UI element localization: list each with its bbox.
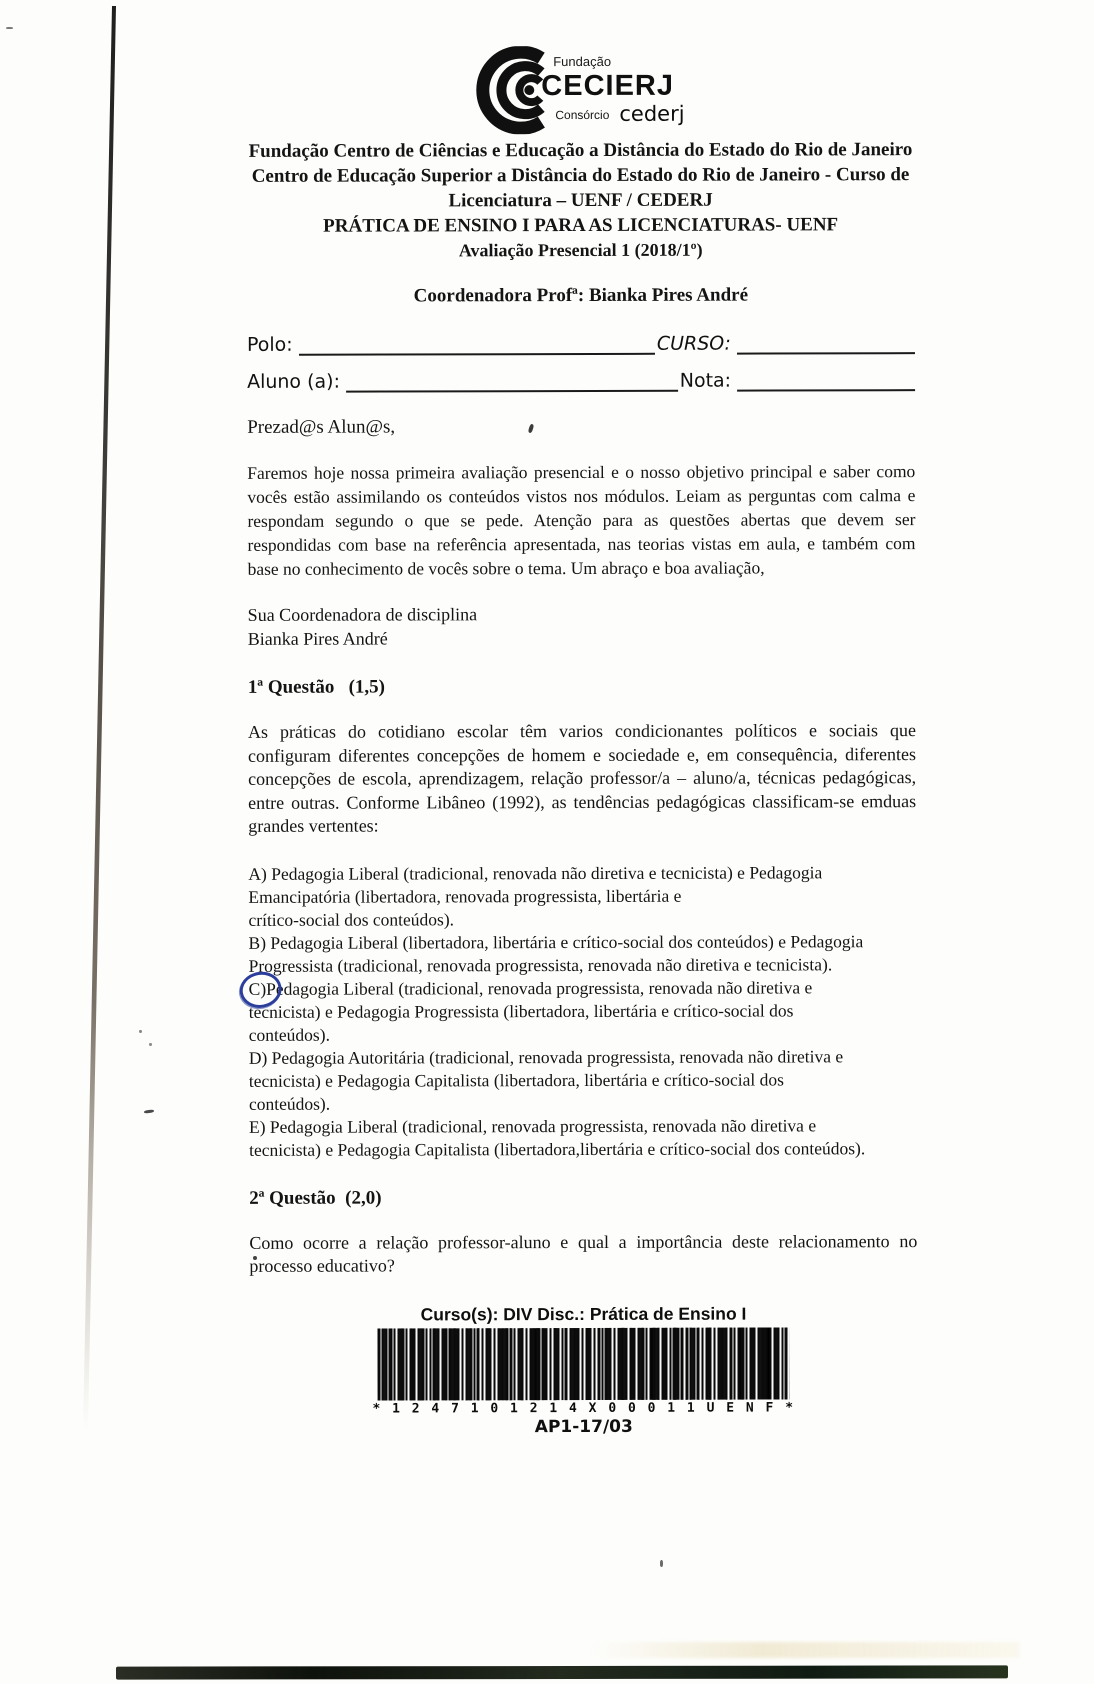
coordinator-line: Coordenadora Profª: Bianka Pires André [247,284,915,308]
page-edge-line-artifact [0,0,200,1684]
signature-name: Bianka Pires André [248,625,916,651]
header-line-2: Centro de Educação Superior a Distância … [246,162,914,189]
aluno-label: Aluno (a): [247,371,346,393]
form-row-polo-curso: Polo: CURSO: [247,330,915,356]
course-line: Curso(s): DIV Disc.: Prática de Ensino I [249,1303,917,1326]
question1-body: As práticas do cotidiano escolar têm var… [248,719,916,838]
option-d: D) Pedagogia Autoritária (tradicional, r… [249,1045,917,1116]
option-d-text: Pedagogia Autoritária (tradicional, reno… [249,1046,843,1114]
greeting-line: Prezad@s Alun@s, [247,415,915,439]
barcode-text: * 1 2 4 7 1 0 1 2 1 4 X 0 0 0 1 1 U E N … [369,1400,799,1416]
option-a-letter: A) [248,862,267,885]
identification-form: Polo: CURSO: Aluno (a): Nota: [247,330,915,393]
ink-speck [139,1030,142,1033]
header-line-5: Avaliação Presencial 1 (2018/1º) [247,237,915,264]
option-a: A) Pedagogia Liberal (tradicional, renov… [248,861,916,932]
form-row-aluno-nota: Aluno (a): Nota: [247,367,915,393]
question1-options: A) Pedagogia Liberal (tradicional, renov… [248,861,917,1162]
signature-role: Sua Coordenadora de disciplina [248,601,916,627]
logo-block: Fundação CECIERJ Consórcio cederj [246,45,914,135]
ink-speck [660,1560,663,1567]
ink-speck [6,27,13,29]
intro-paragraph: Faremos hoje nossa primeira avaliação pr… [247,459,915,581]
logo-fundacao-label: Fundação [553,54,611,69]
header-line-3: Licenciatura – UENF / CEDERJ [247,187,915,214]
form-code-label: AP1-17/03 [250,1416,918,1438]
scan-bottom-edge-artifact [116,1665,1008,1679]
question1-title: 1ª Questão (1,5) [248,675,916,699]
curso-label: CURSO: [657,333,737,355]
scan-streak-artifact [590,1642,1020,1658]
nota-field-line [737,367,915,391]
logo-consorcio-label: Consórcio [555,108,609,122]
aluno-field-line [346,368,678,393]
ink-speck [149,1043,152,1046]
option-b: B) Pedagogia Liberal (libertadora, liber… [248,930,916,978]
nota-label: Nota: [680,370,737,392]
option-d-letter: D) [249,1046,268,1069]
ink-speck [144,1109,154,1113]
option-b-letter: B) [248,931,266,954]
header-line-1: Fundação Centro de Ciências e Educação a… [246,137,914,164]
header-line-4: PRÁTICA DE ENSINO I PARA AS LICENCIATURA… [247,212,915,239]
option-c-text: Pedagogia Liberal (tradicional, renovada… [249,977,813,1044]
curso-field-line [737,330,915,354]
footer-block: Curso(s): DIV Disc.: Prática de Ensino I… [249,1303,917,1438]
polo-field-line [299,331,655,356]
option-e-letter: E) [249,1115,266,1138]
question2-title: 2ª Questão (2,0) [249,1186,917,1210]
polo-label: Polo: [247,334,299,356]
option-c: C)Pedagogia Liberal (tradicional, renova… [249,976,917,1047]
option-b-text: Pedagogia Liberal (libertadora, libertár… [249,931,864,976]
document-content: Fundação CECIERJ Consórcio cederj Fundaç… [246,45,918,1437]
barcode [378,1327,790,1400]
logo-cederj-label: cederj [619,102,684,126]
option-e: E) Pedagogia Liberal (tradicional, renov… [249,1114,917,1162]
option-a-text: Pedagogia Liberal (tradicional, renovada… [248,862,822,930]
option-c-letter: C) [249,977,267,1000]
logo-cecierj-label: CECIERJ [541,70,674,103]
scanned-exam-page: Fundação CECIERJ Consórcio cederj Fundaç… [0,0,1094,1684]
option-e-text: Pedagogia Liberal (tradicional, renovada… [249,1115,865,1159]
question2-body: Como ocorre a relação professor-aluno e … [249,1230,917,1279]
ink-speck [253,1256,257,1260]
